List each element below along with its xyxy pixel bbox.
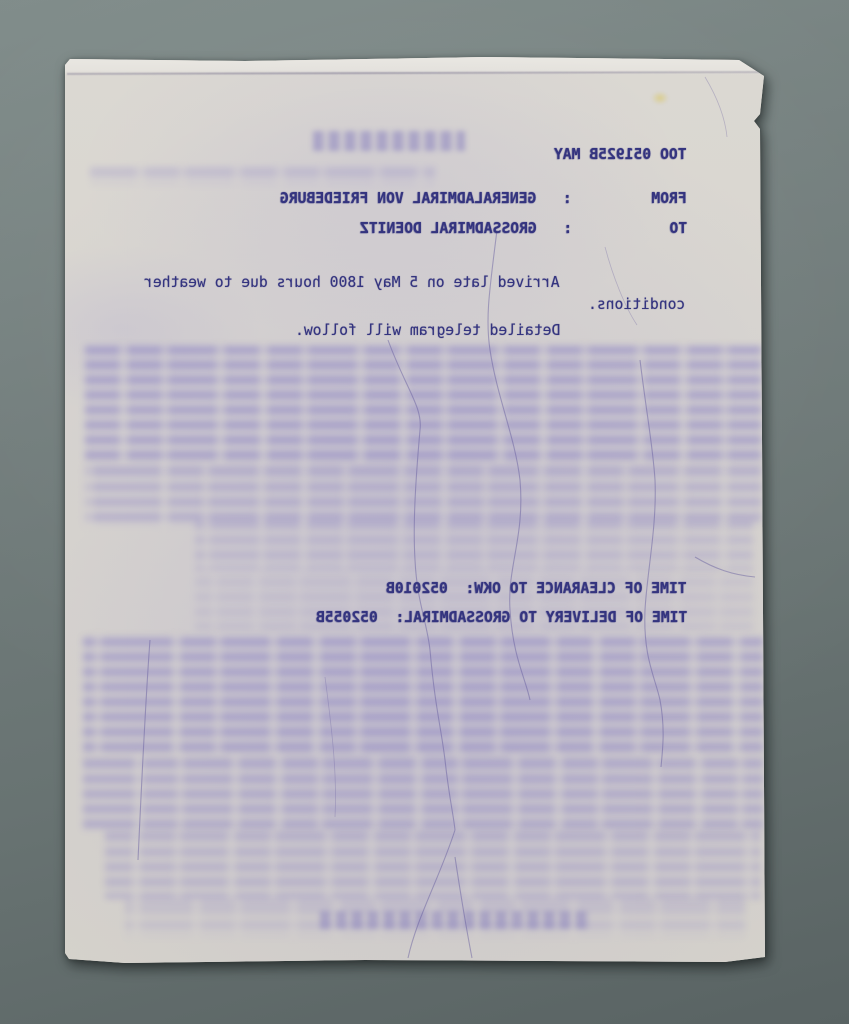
- photo-background: TOO 051925B MAY FROM : GENERALADMIRAL VO…: [0, 0, 849, 1024]
- time-of-clearance-line: TIME OF CLEARANCE TO OKW: 052010B: [386, 581, 687, 597]
- from-line: FROM : GENERALADMIRAL VON FRIEDEBURG: [280, 191, 687, 207]
- time-of-delivery-line: TIME OF DELIVERY TO GROSSADMIRAL: 052055…: [316, 610, 687, 626]
- body-line-1: Arrived late on 5 May 1800 hours due to …: [144, 275, 560, 291]
- paper-shadow-wrap: TOO 051925B MAY FROM : GENERALADMIRAL VO…: [65, 57, 765, 963]
- body-line-3: Detailed telegram will follow.: [295, 323, 560, 339]
- date-time-group-line: TOO 051925B MAY: [554, 147, 687, 163]
- to-line: TO : GROSSADMIRAL DOENITZ: [360, 221, 687, 237]
- body-line-2: conditions.: [588, 297, 685, 313]
- telegram-sheet: TOO 051925B MAY FROM : GENERALADMIRAL VO…: [65, 57, 765, 963]
